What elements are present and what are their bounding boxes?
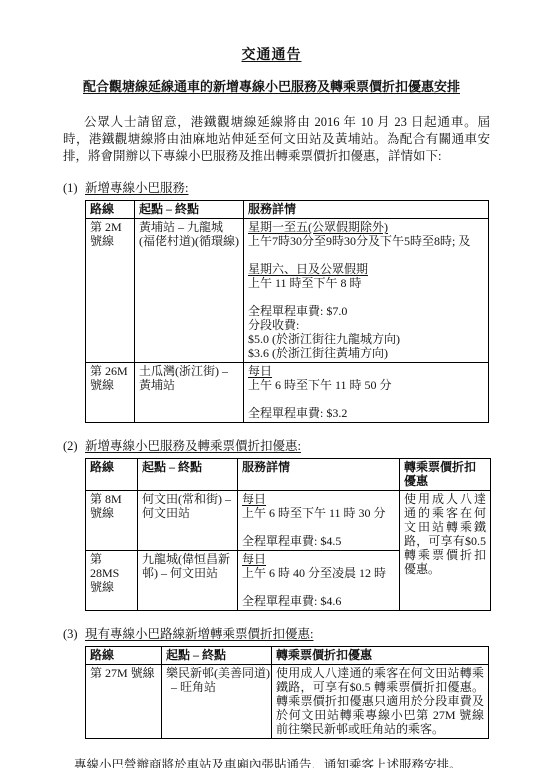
column-header-service-details: 服務詳情 <box>244 201 489 219</box>
document-title: 交通通告 <box>0 47 543 65</box>
text-line: 九龍城(偉恒昌新 <box>142 552 233 566</box>
table-header-row: 路線 起點 – 終點 服務詳情 <box>86 201 489 219</box>
text-line: 何文田站 <box>142 506 233 520</box>
section-2: (2) 新增專線小巴服務及轉乘票價折扣優惠: 路線 起點 – 終點 服務詳情 轉… <box>63 438 490 611</box>
text-line: 邨) – 何文田站 <box>142 566 233 580</box>
section-2-number: (2) <box>63 438 85 455</box>
route-cell: 第 2M 號線 <box>86 219 135 363</box>
table-header-row: 路線 起點 – 終點 服務詳情 轉乘票價折扣優惠 <box>86 459 491 491</box>
text-line <box>242 520 395 534</box>
column-header-origin-destination: 起點 – 終點 <box>162 647 272 665</box>
text-line: 全程單程車費: $4.6 <box>242 594 395 608</box>
section-3-heading: 現有專線小巴路線新增轉乘票價折扣優惠: <box>85 626 313 643</box>
route-cell: 第 8M 號線 <box>86 491 138 551</box>
column-header-service-details: 服務詳情 <box>238 459 400 491</box>
text-line: 每日 <box>242 552 395 566</box>
intro-paragraph: 公眾人士請留意，港鐵觀塘線延線將由 2016 年 10 月 23 日起通車。屆時… <box>63 114 490 165</box>
route-cell: 第 26M 號線 <box>86 363 135 423</box>
column-header-route: 路線 <box>86 459 138 491</box>
text-line: 全程單程車費: $4.5 <box>242 534 395 548</box>
text-line: 何文田(常和街) – <box>142 492 233 506</box>
text-line: 土瓜灣(浙江街) – <box>139 364 239 378</box>
column-header-origin-destination: 起點 – 終點 <box>138 459 238 491</box>
origin-destination-cell: 九龍城(偉恒昌新邨) – 何文田站 <box>138 551 238 611</box>
text-line: 上午7時30分至9時30分及下午5時至8時; 及 <box>248 234 484 248</box>
section-3-number: (3) <box>63 626 85 643</box>
text-line: 上午 6 時 40 分至凌晨 12 時 <box>242 566 395 580</box>
text-line <box>242 580 395 594</box>
existing-routes-discount-table: 路線 起點 – 終點 轉乘票價折扣優惠 第 27M 號線 樂民新邨(美善同道)–… <box>85 646 489 739</box>
text-line: – 旺角站 <box>166 680 267 694</box>
text-line: $5.0 (於浙江街往九龍城方向) <box>248 332 484 346</box>
table-row-route-2m: 第 2M 號線 黃埔站 – 九龍城(福佬村道)(循環線) 星期一至五(公眾假期除… <box>86 219 489 363</box>
route-cell: 第 27M 號線 <box>86 665 162 739</box>
column-header-route: 路線 <box>86 201 135 219</box>
text-line: 上午 6 時至下午 11 時 30 分 <box>242 506 395 520</box>
column-header-origin-destination: 起點 – 終點 <box>135 201 244 219</box>
text-line: 每日 <box>242 492 395 506</box>
text-line: 全程單程車費: $3.2 <box>248 406 484 420</box>
closing-paragraph: 專線小巴營辦商將於車站及車廂內張貼通告，通知乘客上述服務安排。 <box>74 757 490 768</box>
section-3: (3) 現有專線小巴路線新增轉乘票價折扣優惠: 路線 起點 – 終點 轉乘票價折… <box>63 626 490 739</box>
section-2-heading: 新增專線小巴服務及轉乘票價折扣優惠: <box>85 438 301 455</box>
text-line: 樂民新邨(美善同道) <box>166 666 267 680</box>
text-line <box>248 290 484 304</box>
section-1-heading-row: (1) 新增專線小巴服務: <box>63 180 490 197</box>
column-header-interchange-discount: 轉乘票價折扣優惠 <box>272 647 489 665</box>
new-services-with-discount-table: 路線 起點 – 終點 服務詳情 轉乘票價折扣優惠 第 8M 號線 何文田(常和街… <box>85 458 491 611</box>
column-header-route: 路線 <box>86 647 162 665</box>
origin-destination-cell: 黃埔站 – 九龍城(福佬村道)(循環線) <box>135 219 244 363</box>
text-line: $3.6 (於浙江街往黃埔方向) <box>248 346 484 360</box>
service-details-cell: 每日上午 6 時至下午 11 時 30 分 全程單程車費: $4.5 <box>238 491 400 551</box>
text-line <box>248 392 484 406</box>
text-line: 上午 6 時至下午 11 時 50 分 <box>248 378 484 392</box>
text-line: 上午 11 時至下午 8 時 <box>248 276 484 290</box>
table-row-route-27m: 第 27M 號線 樂民新邨(美善同道)– 旺角站 使用成人八達通的乘客在何文田站… <box>86 665 489 739</box>
table-row-route-26m: 第 26M 號線 土瓜灣(浙江街) –黃埔站 每日上午 6 時至下午 11 時 … <box>86 363 489 423</box>
service-details-cell: 每日上午 6 時 40 分至凌晨 12 時 全程單程車費: $4.6 <box>238 551 400 611</box>
section-1: (1) 新增專線小巴服務: 路線 起點 – 終點 服務詳情 第 2M 號線 黃埔… <box>63 180 490 423</box>
text-line: 黃埔站 <box>139 378 239 392</box>
origin-destination-cell: 土瓜灣(浙江街) –黃埔站 <box>135 363 244 423</box>
text-line: 每日 <box>248 364 484 378</box>
service-details-cell: 星期一至五(公眾假期除外)上午7時30分至9時30分及下午5時至8時; 及 星期… <box>244 219 489 363</box>
table-row-route-8m: 第 8M 號線 何文田(常和街) –何文田站 每日上午 6 時至下午 11 時 … <box>86 491 491 551</box>
new-minibus-services-table: 路線 起點 – 終點 服務詳情 第 2M 號線 黃埔站 – 九龍城(福佬村道)(… <box>85 200 489 423</box>
document-subtitle: 配合觀塘線延線通車的新增專線小巴服務及轉乘票價折扣優惠安排 <box>0 78 543 95</box>
section-1-heading: 新增專線小巴服務: <box>85 180 188 197</box>
text-line: 星期一至五(公眾假期除外) <box>248 220 484 234</box>
section-1-number: (1) <box>63 180 85 197</box>
route-cell: 第 28MS 號線 <box>86 551 138 611</box>
text-line: 分段收費: <box>248 318 484 332</box>
text-line <box>248 248 484 262</box>
interchange-discount-cell: 使用成人八達通的乘客在何文田站轉乘鐵路，可享有$0.5 轉乘票價折扣優惠。 <box>400 491 491 611</box>
text-line: (福佬村道)(循環線) <box>139 234 239 248</box>
interchange-discount-cell: 使用成人八達通的乘客在何文田站轉乘鐵路，可享有$0.5 轉乘票價折扣優惠。轉乘票… <box>272 665 489 739</box>
table-header-row: 路線 起點 – 終點 轉乘票價折扣優惠 <box>86 647 489 665</box>
text-line: 星期六、日及公眾假期 <box>248 262 484 276</box>
text-line: 黃埔站 – 九龍城 <box>139 220 239 234</box>
section-3-heading-row: (3) 現有專線小巴路線新增轉乘票價折扣優惠: <box>63 626 490 643</box>
column-header-interchange-discount: 轉乘票價折扣優惠 <box>400 459 491 491</box>
origin-destination-cell: 何文田(常和街) –何文田站 <box>138 491 238 551</box>
text-line: 全程單程車費: $7.0 <box>248 304 484 318</box>
service-details-cell: 每日上午 6 時至下午 11 時 50 分 全程單程車費: $3.2 <box>244 363 489 423</box>
origin-destination-cell: 樂民新邨(美善同道)– 旺角站 <box>162 665 272 739</box>
section-2-heading-row: (2) 新增專線小巴服務及轉乘票價折扣優惠: <box>63 438 490 455</box>
document-page: 交通通告 配合觀塘線延線通車的新增專線小巴服務及轉乘票價折扣優惠安排 公眾人士請… <box>0 0 543 768</box>
